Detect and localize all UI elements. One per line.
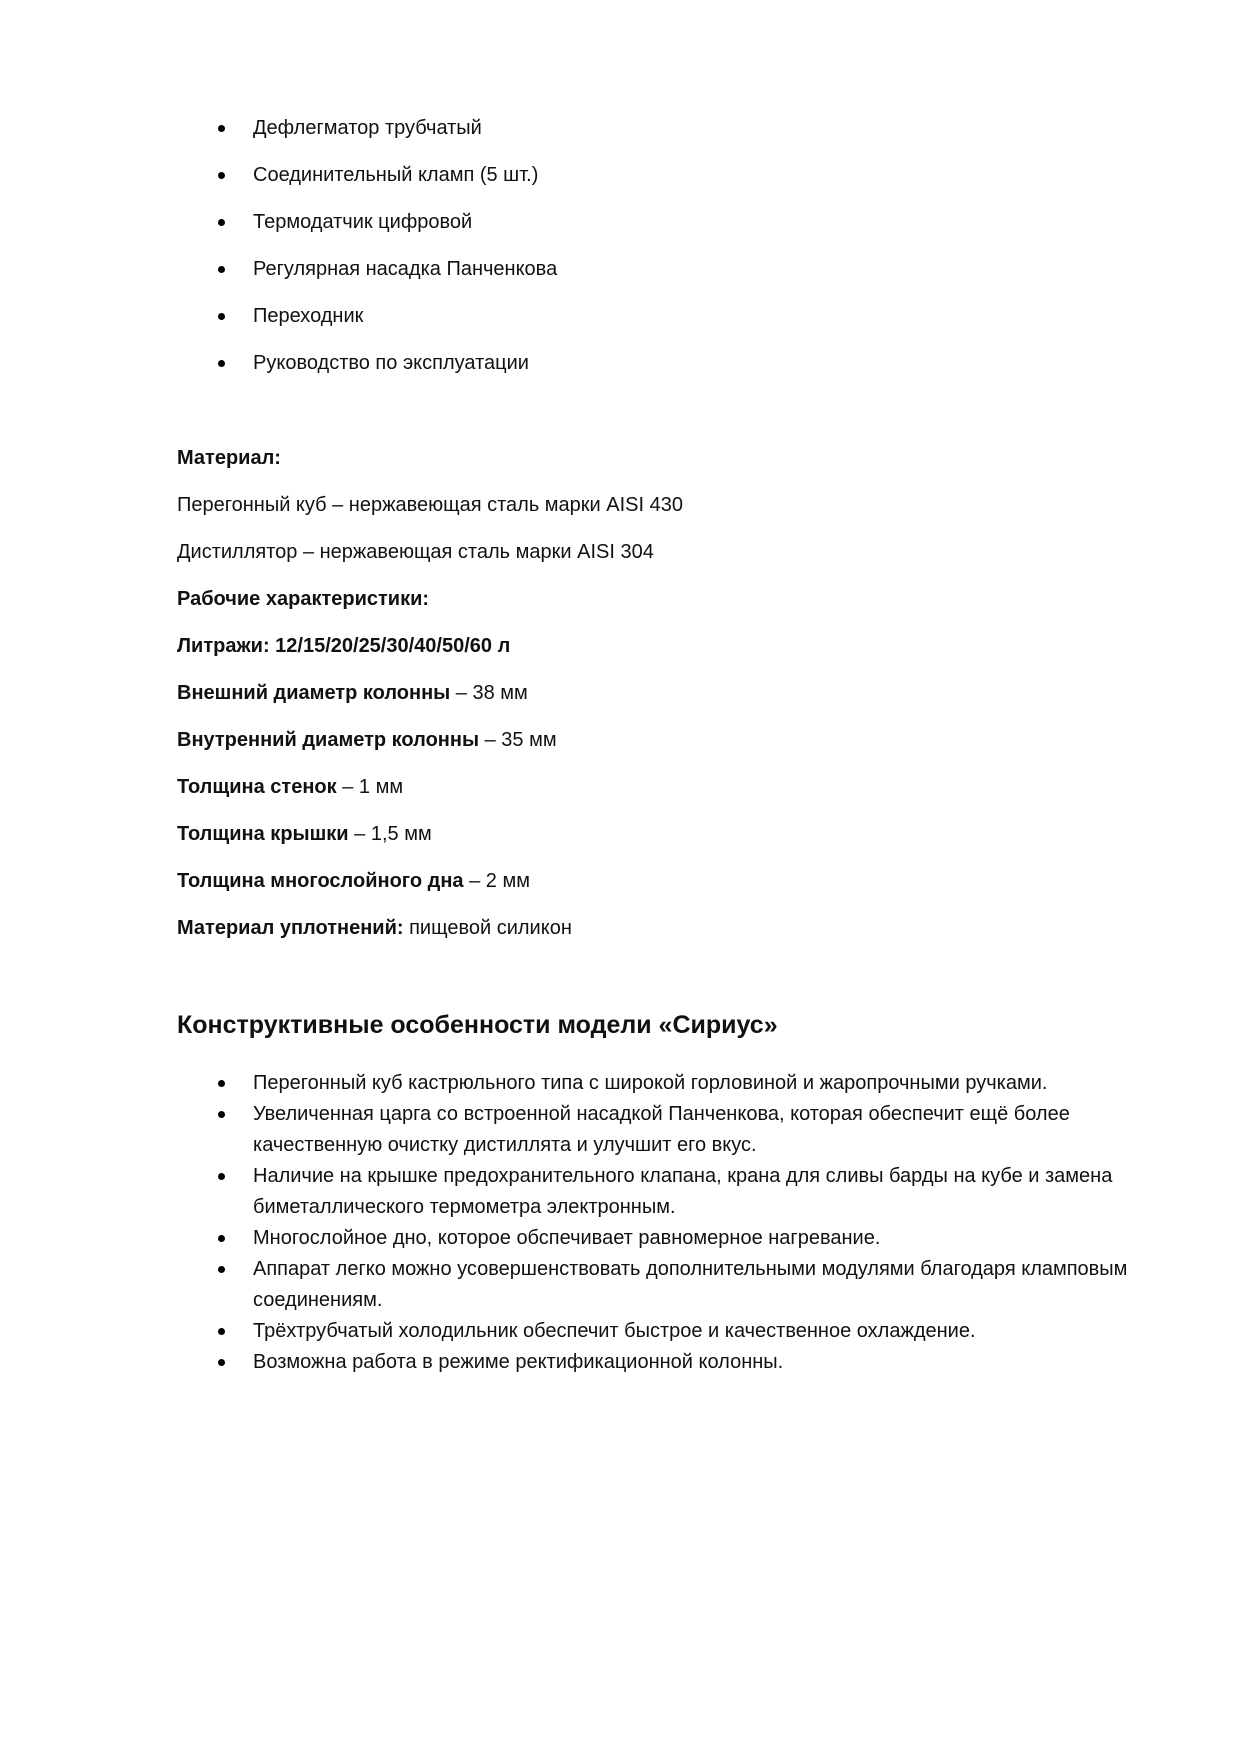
list-item: Многослойное дно, которое обспечивает ра… <box>218 1223 1138 1254</box>
kit-contents-list: Дефлегматор трубчатый Соединительный кла… <box>218 116 557 398</box>
material-distiller: Дистиллятор – нержавеющая сталь марки AI… <box>177 540 683 587</box>
spec-row: Материал уплотнений: пищевой силикон <box>177 916 683 963</box>
list-item: Возможна работа в режиме ректификационно… <box>218 1347 1138 1378</box>
list-item: Наличие на крышке предохранительного кла… <box>218 1161 1138 1223</box>
list-item: Переходник <box>218 304 557 351</box>
features-title: Конструктивные особенности модели «Сириу… <box>177 1010 778 1040</box>
spec-row: Толщина стенок – 1 мм <box>177 775 683 822</box>
bullet-icon <box>218 1173 225 1180</box>
bullet-icon <box>218 313 225 320</box>
list-item: Увеличенная царга со встроенной насадкой… <box>218 1099 1138 1161</box>
specs-volumes: Литражи: 12/15/20/25/30/40/50/60 л <box>177 634 683 681</box>
list-item: Аппарат легко можно усовершенствовать до… <box>218 1254 1138 1316</box>
bullet-icon <box>218 1359 225 1366</box>
material-heading: Материал: <box>177 446 683 493</box>
bullet-icon <box>218 1080 225 1087</box>
document-page: Дефлегматор трубчатый Соединительный кла… <box>0 0 1241 1754</box>
list-item: Руководство по эксплуатации <box>218 351 557 398</box>
spec-row: Толщина крышки – 1,5 мм <box>177 822 683 869</box>
material-cube: Перегонный куб – нержавеющая сталь марки… <box>177 493 683 540</box>
bullet-icon <box>218 1235 225 1242</box>
specs-heading: Рабочие характеристики: <box>177 587 683 634</box>
list-item: Дефлегматор трубчатый <box>218 116 557 163</box>
bullet-icon <box>218 172 225 179</box>
list-item: Трёхтрубчатый холодильник обеспечит быст… <box>218 1316 1138 1347</box>
bullet-icon <box>218 1328 225 1335</box>
bullet-icon <box>218 360 225 367</box>
spec-row: Толщина многослойного дна – 2 мм <box>177 869 683 916</box>
specifications-block: Материал: Перегонный куб – нержавеющая с… <box>177 446 683 963</box>
spec-row: Внешний диаметр колонны – 38 мм <box>177 681 683 728</box>
bullet-icon <box>218 1266 225 1273</box>
bullet-icon <box>218 1111 225 1118</box>
spec-row: Внутренний диаметр колонны – 35 мм <box>177 728 683 775</box>
list-item: Регулярная насадка Панченкова <box>218 257 557 304</box>
list-item: Термодатчик цифровой <box>218 210 557 257</box>
bullet-icon <box>218 266 225 273</box>
features-list: Перегонный куб кастрюльного типа с широк… <box>218 1068 1138 1378</box>
list-item: Соединительный кламп (5 шт.) <box>218 163 557 210</box>
bullet-icon <box>218 219 225 226</box>
bullet-icon <box>218 125 225 132</box>
list-item: Перегонный куб кастрюльного типа с широк… <box>218 1068 1138 1099</box>
